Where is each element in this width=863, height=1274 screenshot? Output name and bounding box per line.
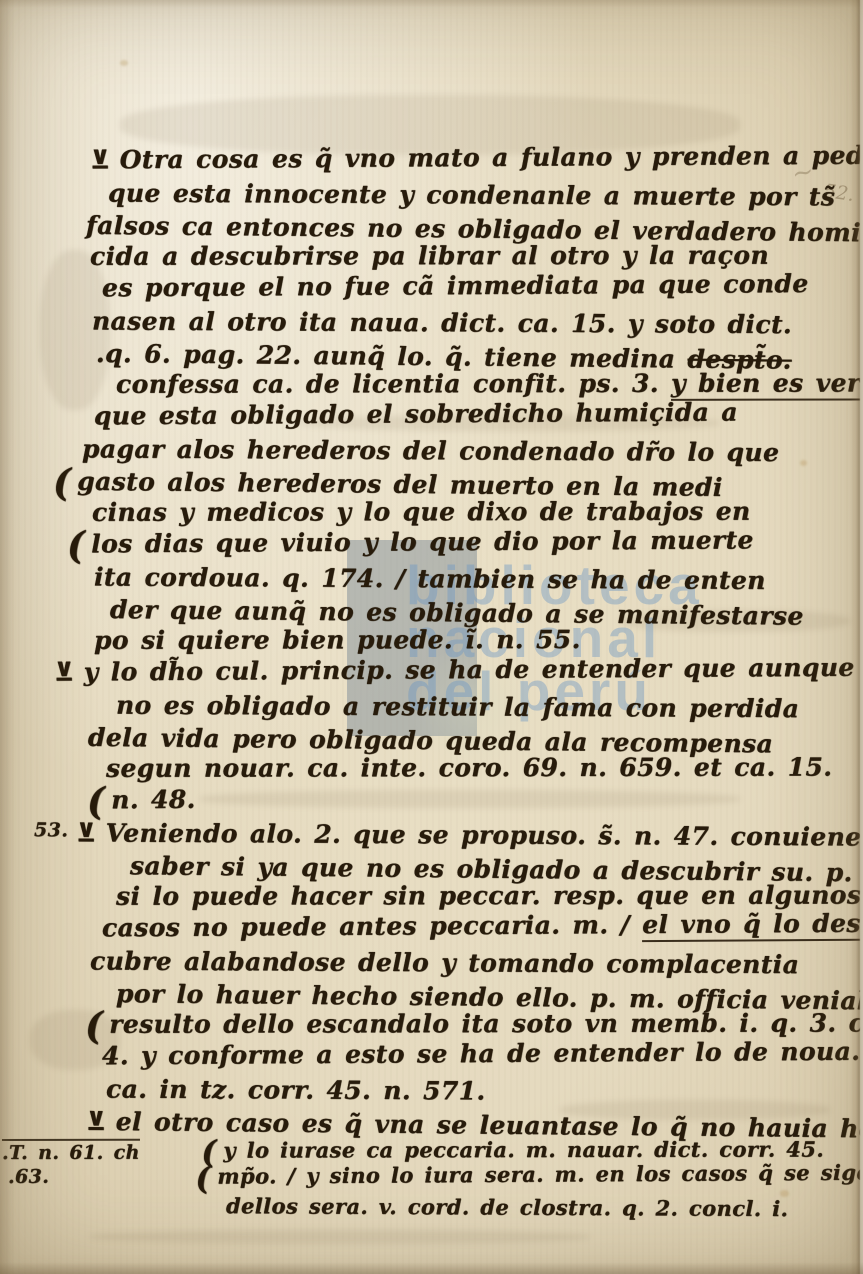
manuscript-line: ⊻y lo dh̃o cul. princip. se ha de entend… xyxy=(0,653,852,690)
line-text: no es obligado a restituir la fama con p… xyxy=(116,691,799,724)
line-text: cubre alabandose dello y tomando complac… xyxy=(90,946,799,979)
page-edge-right xyxy=(850,0,863,1274)
text-block: ⊻Otra cosa es q̃ vno mato a fulano y pre… xyxy=(0,146,852,1219)
manuscript-line: ⊻Otra cosa es q̃ vno mato a fulano y pre… xyxy=(0,141,852,178)
line-text: es porque el no fue cã immediata pa que … xyxy=(102,269,809,302)
manuscript-line: pagar alos herederos del condenado dr̃o … xyxy=(0,434,852,470)
manuscript-line: que esta innocente y condenanle a muerte… xyxy=(0,178,852,214)
manuscript-line: (n. 48. xyxy=(0,781,852,818)
line-text: Veniendo alo. 2. que se propuso. s̃. n. … xyxy=(106,819,862,852)
paragraph-mark: ⊻ xyxy=(76,818,97,847)
line-text: dellos sera. v. cord. de clostra. q. 2. … xyxy=(226,1193,788,1221)
line-text: Otra cosa es q̃ vno mato a fulano y pren… xyxy=(120,141,863,175)
page-edge-left xyxy=(0,0,14,1274)
line-text: y lo iurase ca peccaria. m. nauar. dict.… xyxy=(223,1137,824,1163)
line-text: confessa ca. de licentia confit. ps. 3. xyxy=(116,369,671,399)
line-text: casos no puede antes peccaria. m. / xyxy=(102,910,642,942)
line-text: 4. y conforme a esto se ha de entender l… xyxy=(102,1037,860,1071)
line-text: ita cordoua. q. 174. / tambien se ha de … xyxy=(94,562,766,595)
line-text: cida a descubrirse pa librar al otro y l… xyxy=(90,241,769,271)
line-text: n. 48. xyxy=(111,785,196,815)
manuscript-line: 4. y conforme a esto se ha de entender l… xyxy=(0,1037,852,1074)
line-text: que esta obligado el sobredicho humiçida… xyxy=(94,397,738,430)
line-text: cinas y medicos y lo que dixo de trabajo… xyxy=(92,497,751,527)
manuscript-line: ita cordoua. q. 174. / tambien se ha de … xyxy=(0,562,852,598)
page-edge-top xyxy=(0,0,863,8)
line-text: pagar alos herederos del condenado dr̃o … xyxy=(82,434,779,467)
line-text: si lo puede hacer sin peccar. resp. que … xyxy=(116,880,861,910)
manuscript-line: no es obligado a restituir la fama con p… xyxy=(0,690,852,726)
manuscript-line: casos no puede antes peccaria. m. / el v… xyxy=(0,909,852,946)
line-text: que esta innocente y condenanle a muerte… xyxy=(108,179,835,212)
paragraph-mark: ⊻ xyxy=(86,1107,107,1136)
line-text: los dias que viuio y lo que dio por la m… xyxy=(91,525,754,558)
line-text: po si quiere bien puede. ĩ. n. 55. xyxy=(94,625,581,655)
manuscript-line: .63.(mp̃o. / y sino lo iura sera. m. en … xyxy=(0,1160,852,1192)
manuscript-line: dellos sera. v. cord. de clostra. q. 2. … xyxy=(0,1192,852,1223)
paragraph-mark: ( xyxy=(87,780,106,824)
fox-spot xyxy=(120,60,128,66)
line-text: mp̃o. / y sino lo iura sera. m. en los c… xyxy=(217,1159,863,1189)
manuscript-line: 53.⊻Veniendo alo. 2. que se propuso. s̃.… xyxy=(0,818,852,854)
page-edge-bottom xyxy=(0,1262,863,1274)
line-text: el vno q̃ lo des xyxy=(642,909,861,942)
bleed-mark xyxy=(90,1230,590,1244)
margin-note: 53. xyxy=(34,819,68,841)
paragraph-mark: ( xyxy=(67,524,86,568)
margin-note: .T. n. 61. ch xyxy=(2,1139,140,1164)
line-text: y lo dh̃o cul. princip. se ha de entende… xyxy=(84,653,855,687)
paragraph-mark: ( xyxy=(195,1159,211,1197)
paragraph-mark: ⊻ xyxy=(54,658,75,687)
manuscript-line: es porque el no fue cã immediata pa que … xyxy=(0,269,852,306)
manuscript-page: biblioteca nacional del perú ~ 52. ⊻Otra… xyxy=(0,0,863,1274)
line-text: resulto dello escandalo ita soto vn memb… xyxy=(109,1008,863,1038)
manuscript-line: cubre alabandose dello y tomando complac… xyxy=(0,946,852,982)
margin-note: .63. xyxy=(8,1166,49,1188)
manuscript-line: que esta obligado el sobredicho humiçida… xyxy=(0,397,852,434)
manuscript-line: nasen al otro ita naua. dict. ca. 15. y … xyxy=(0,306,852,342)
paragraph-mark: ⊻ xyxy=(90,145,111,174)
line-text: segun nouar. ca. inte. coro. 69. n. 659.… xyxy=(106,753,832,783)
manuscript-line: ca. in tz. corr. 45. n. 571. xyxy=(0,1074,852,1110)
manuscript-line: (los dias que viuio y lo que dio por la … xyxy=(0,525,852,562)
line-text: nasen al otro ita naua. dict. ca. 15. y … xyxy=(92,306,792,339)
line-text: ca. in tz. corr. 45. n. 571. xyxy=(106,1075,486,1106)
